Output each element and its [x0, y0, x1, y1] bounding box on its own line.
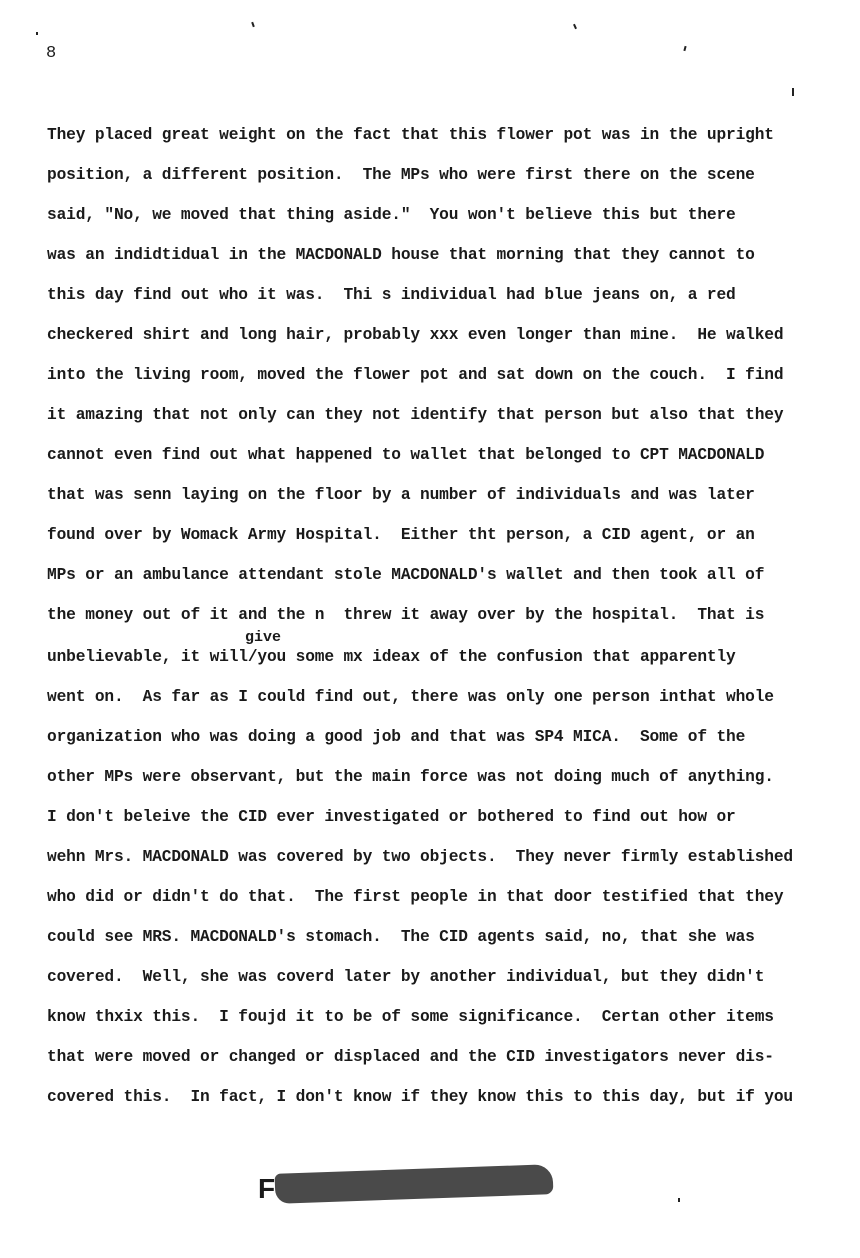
text-line: covered this. In fact, I don't know if t…: [47, 1087, 793, 1107]
text-line: it amazing that not only can they not id…: [47, 405, 783, 425]
footer-marking: F: [258, 1163, 558, 1213]
text-line: They placed great weight on the fact tha…: [47, 125, 774, 145]
text-line: was an indidtidual in the MACDONALD hous…: [47, 245, 755, 265]
text-line: this day find out who it was. Thi s indi…: [47, 285, 736, 305]
text-line: wehn Mrs. MACDONALD was covered by two o…: [47, 847, 793, 867]
text-line: the money out of it and the n threw it a…: [47, 605, 764, 625]
page-number: 8: [46, 44, 56, 63]
text-line: covered. Well, she was coverd later by a…: [47, 967, 764, 987]
scan-speck: [678, 1198, 680, 1202]
text-line: other MPs were observant, but the main f…: [47, 767, 774, 787]
redaction-block: [275, 1164, 554, 1204]
text-line: unbelievable, it will/you some mx ideax …: [47, 647, 736, 667]
text-line: that was senn laying on the floor by a n…: [47, 485, 755, 505]
scan-speck: [792, 88, 794, 96]
text-line: position, a different position. The MPs …: [47, 165, 755, 185]
scan-speck: [36, 32, 38, 35]
text-line: know thxix this. I foujd it to be of som…: [47, 1007, 774, 1027]
text-line: said, "No, we moved that thing aside." Y…: [47, 205, 736, 225]
scan-speck: [573, 24, 577, 29]
text-line: that were moved or changed or displaced …: [47, 1047, 774, 1067]
scan-speck: [251, 22, 255, 27]
text-line: went on. As far as I could find out, the…: [47, 687, 774, 707]
text-line: could see MRS. MACDONALD's stomach. The …: [47, 927, 755, 947]
text-line: MPs or an ambulance attendant stole MACD…: [47, 565, 764, 585]
handwritten-insertion: give: [245, 629, 281, 646]
text-line: checkered shirt and long hair, probably …: [47, 325, 783, 345]
text-line: into the living room, moved the flower p…: [47, 365, 783, 385]
text-line: who did or didn't do that. The first peo…: [47, 887, 783, 907]
text-line: I don't beleive the CID ever investigate…: [47, 807, 736, 827]
footer-letter: F: [258, 1173, 275, 1205]
scan-speck: [683, 46, 686, 51]
text-line: cannot even find out what happened to wa…: [47, 445, 764, 465]
text-line: organization who was doing a good job an…: [47, 727, 745, 747]
text-line: found over by Womack Army Hospital. Eith…: [47, 525, 755, 545]
